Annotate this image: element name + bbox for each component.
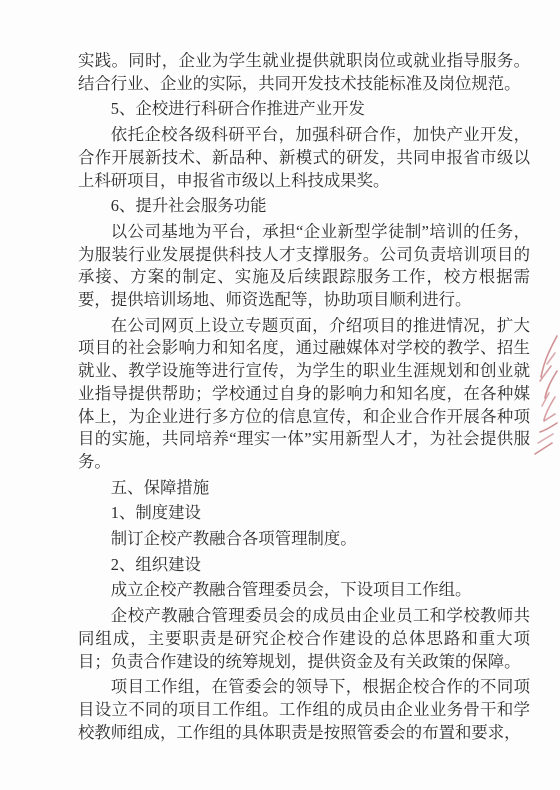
body-paragraph: 项目工作组，在管委会的领导下，根据企校合作的不同项目设立不同的项目工作组。工作组… — [78, 676, 530, 744]
numbered-heading-6: 6、提升社会服务功能 — [78, 195, 530, 218]
body-paragraph: 制订企校产教融合各项管理制度。 — [78, 528, 530, 551]
document-text-block: 实践。同时，企业为学生就业提供就职岗位或就业指导服务。结合行业、企业的实际，共同… — [78, 50, 530, 744]
body-paragraph: 依托企校各级科研平台，加强科研合作，加快产业开发，合作开展新技术、新品种、新模式… — [78, 124, 530, 192]
scanned-document-page: 实践。同时，企业为学生就业提供就职岗位或就业指导服务。结合行业、企业的实际，共同… — [0, 0, 560, 790]
section-heading-five: 五、保障措施 — [78, 477, 530, 500]
body-paragraph: 实践。同时，企业为学生就业提供就职岗位或就业指导服务。结合行业、企业的实际，共同… — [78, 50, 530, 95]
red-ink-seal-fragment-icon — [526, 333, 560, 468]
body-paragraph: 在公司网页上设立专题页面，介绍项目的推进情况，扩大项目的社会影响力和知名度，通过… — [78, 315, 530, 474]
numbered-heading-5: 5、企校进行科研合作推进产业开发 — [78, 98, 530, 121]
body-paragraph: 成立企校产教融合管理委员会，下设项目工作组。 — [78, 579, 530, 602]
numbered-heading-1: 1、制度建设 — [78, 502, 530, 525]
body-paragraph: 以公司基地为平台，承担“企业新型学徒制”培训的任务，为服装行业发展提供科技人才支… — [78, 221, 530, 312]
body-paragraph: 企校产教融合管理委员会的成员由企业员工和学校教师共同组成，主要职责是研究企校合作… — [78, 605, 530, 673]
numbered-heading-2: 2、组织建设 — [78, 554, 530, 577]
